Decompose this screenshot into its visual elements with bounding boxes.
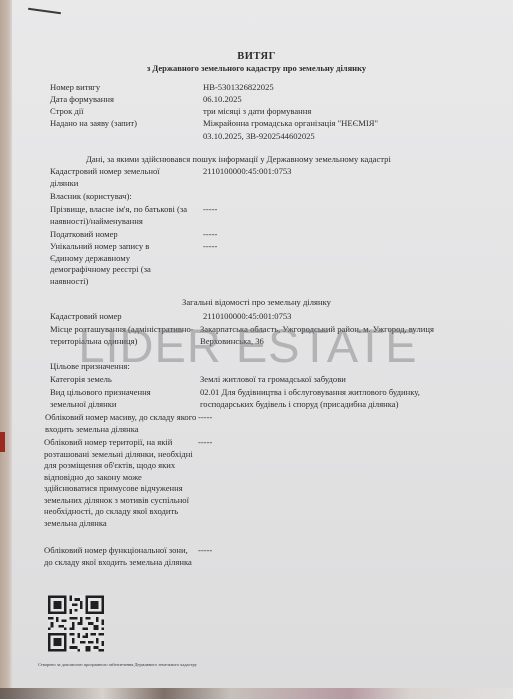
field-label: Кадастровий номер [50,311,200,323]
field-value: ----- [203,204,453,216]
field-label: Обліковий номер масиву, до складу якого … [45,412,200,435]
field-value: 2110100000:45:001:0753 [203,166,453,178]
field-value: Закарпатська область, Ужгородський район… [200,324,445,347]
section-title-general: Загальні відомості про земельну ділянку [0,297,513,307]
search-intro: Дані, за якими здійснювався пошук інформ… [86,154,391,164]
field-value: 2110100000:45:001:0753 [203,311,453,323]
field-value: ----- [198,437,448,449]
field-value: 02.01 Для будівництва і обслуговування ж… [200,387,465,410]
field-label: Обліковий номер території, на якій розта… [44,437,196,529]
background-table-surface [0,688,513,699]
field-value: 03.10.2025, ЗВ-9202544602025 [203,131,453,143]
field-label: Кадастровий номер земельної ділянки [50,166,175,189]
field-label: Дата формування [50,94,200,106]
field-value: три місяці з дати формування [203,106,453,118]
field-label: Вид цільового призначення земельної діля… [50,387,180,410]
field-label: Номер витягу [50,82,200,94]
field-value: ----- [203,241,453,253]
background-object [0,432,5,452]
field-label: Місце розташування (адміністративно-тери… [50,324,195,347]
field-value: Міжрайонна громадська організація "НЕЄМІ… [203,118,483,130]
field-value: НВ-5301326822025 [203,82,453,94]
field-label: Надано на заяву (запит) [50,118,200,130]
field-label: Строк дії [50,106,200,118]
field-value: ----- [198,412,448,424]
field-label: Обліковий номер функціональної зони, до … [44,545,192,568]
field-label: Категорія земель [50,374,200,386]
field-value: 06.10.2025 [203,94,453,106]
field-value: ----- [198,545,448,557]
field-label: Прізвище, власне ім'я, по батькові (за н… [50,204,200,227]
document-title: ВИТЯГ [0,51,513,62]
field-label: Податковий номер [50,229,200,241]
qr-code-icon [48,595,104,652]
background-edge [0,0,12,699]
field-label: Власник (користувач): [50,191,200,203]
field-value: ----- [203,229,453,241]
field-label: Цільове призначення: [50,361,200,373]
field-label: Унікальний номер запису в Єдиному держав… [50,241,165,287]
footer-note: Створено за допомогою програмного забезп… [38,662,197,667]
document-subtitle: з Державного земельного кадастру про зем… [0,63,513,73]
field-value: Землі житлової та громадської забудови [200,374,450,386]
